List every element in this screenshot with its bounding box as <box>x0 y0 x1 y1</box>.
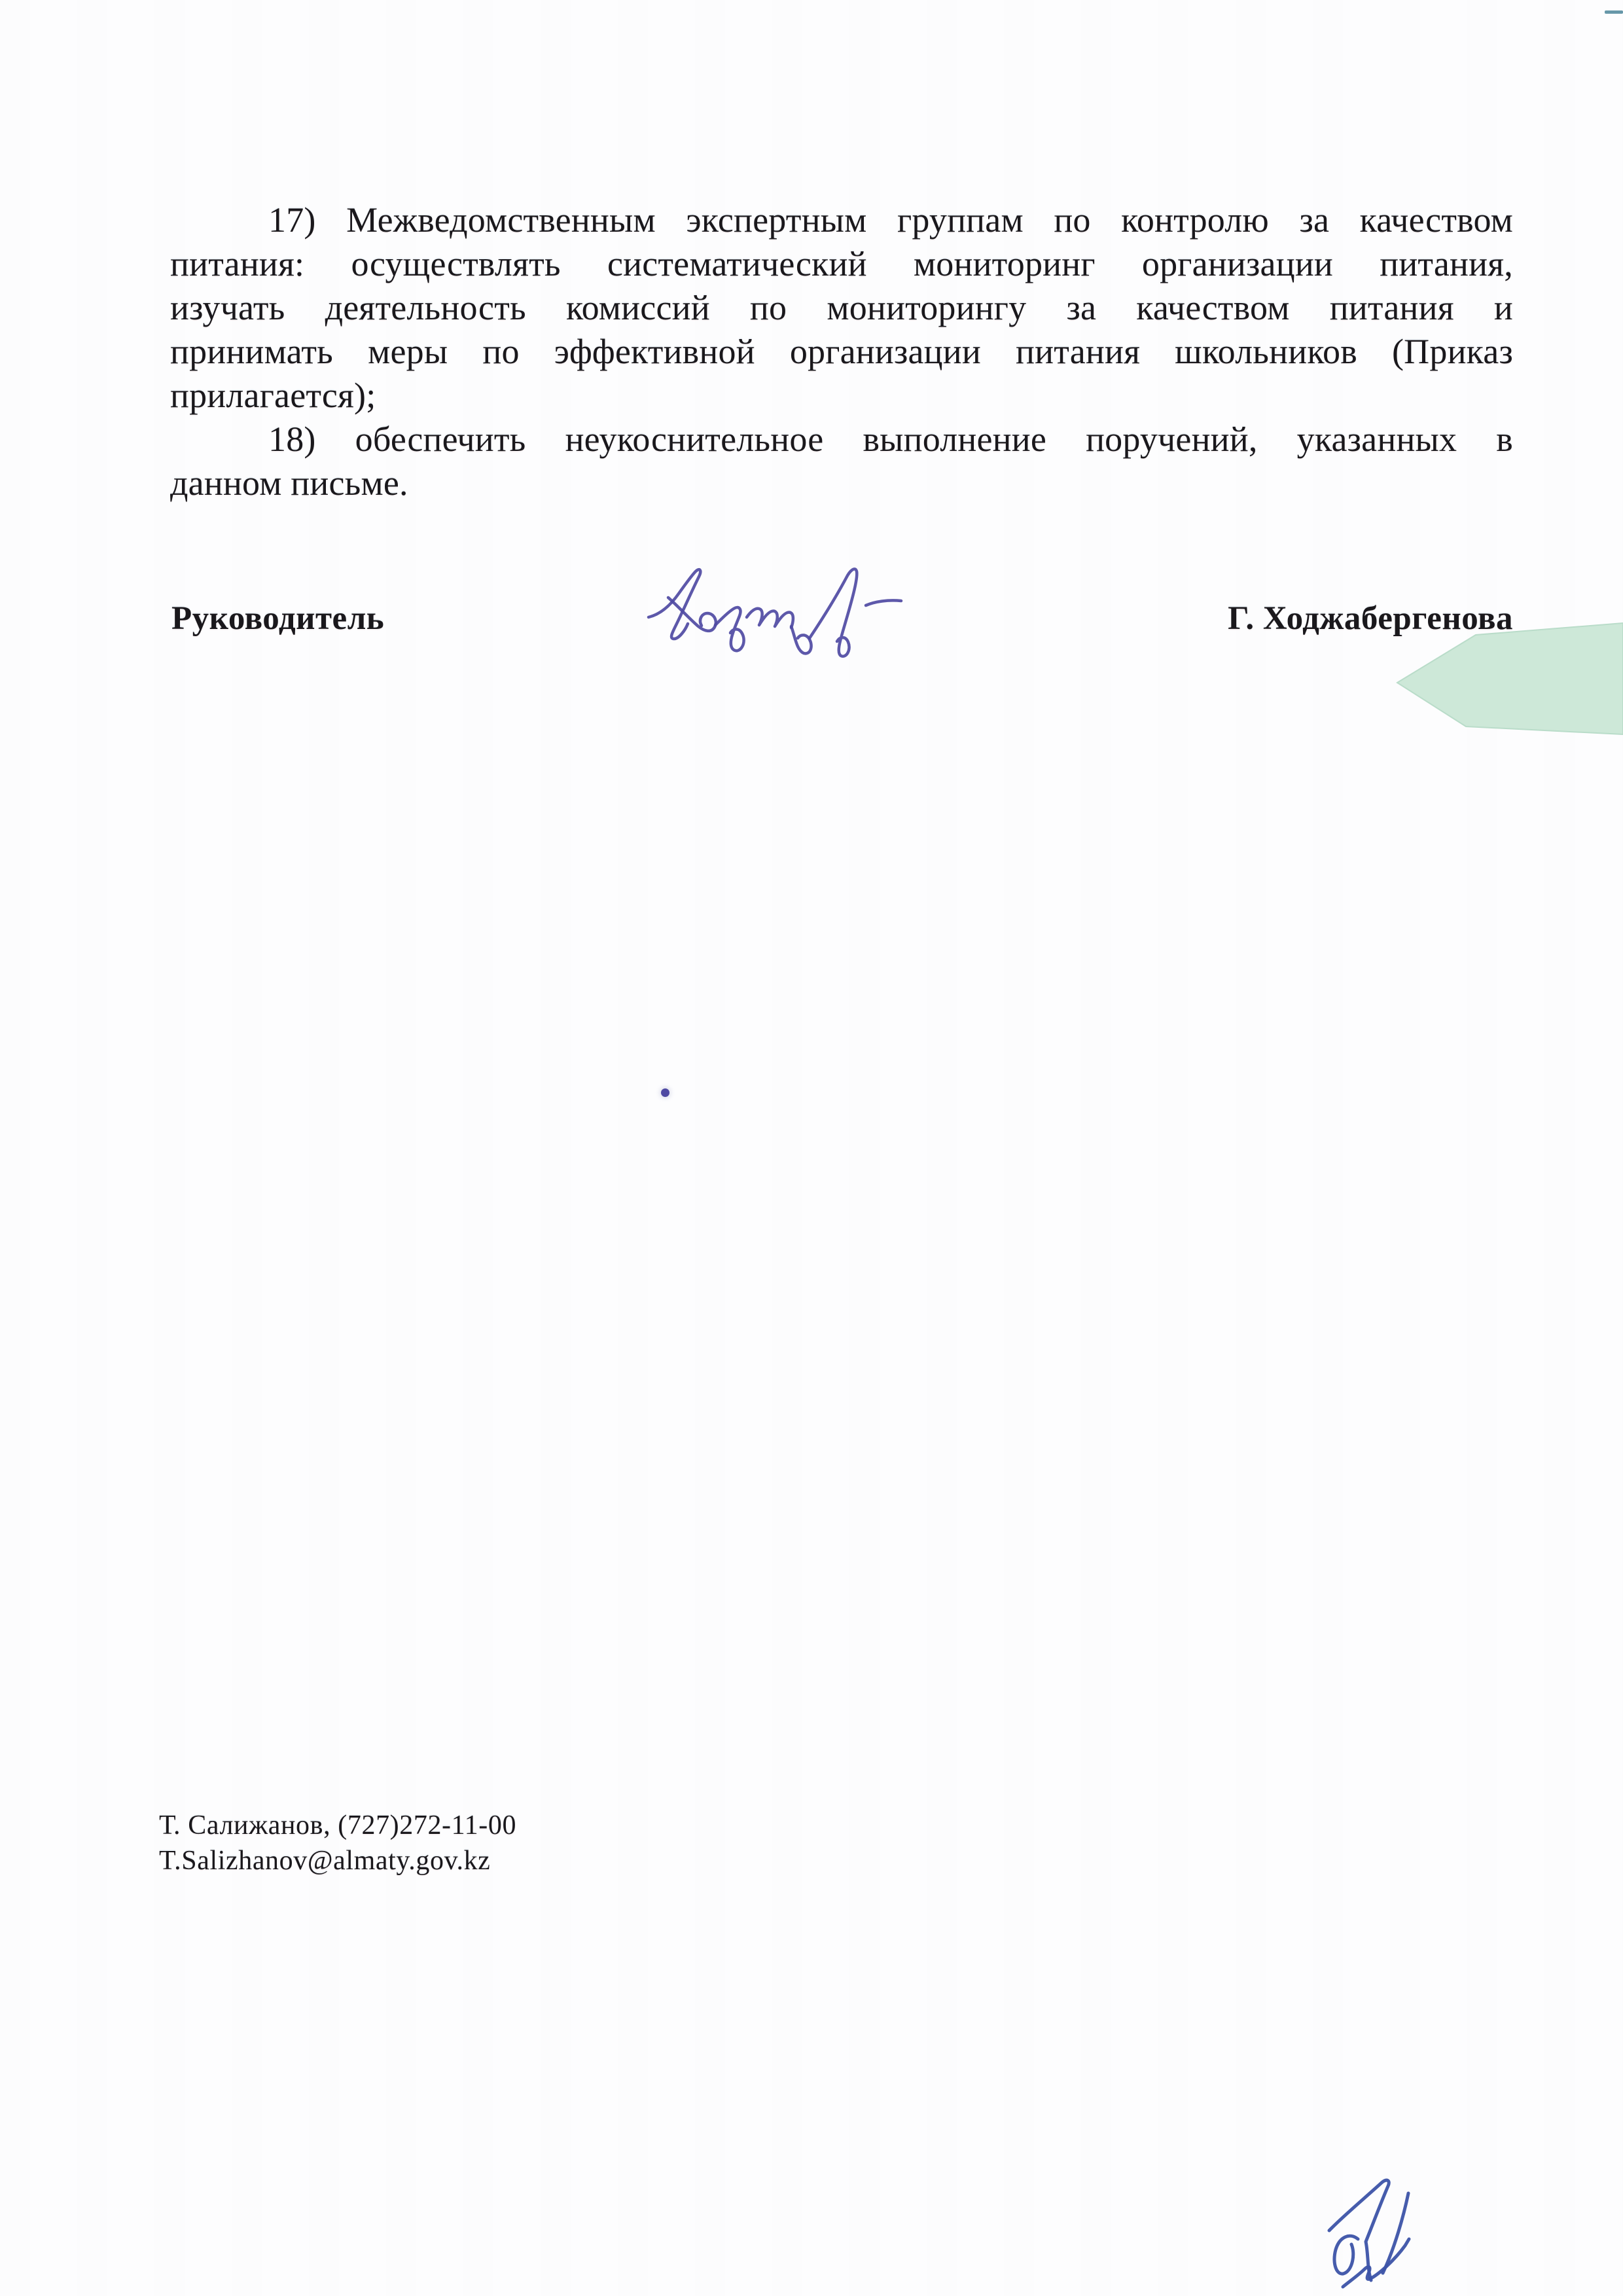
scan-edge-artifact <box>1605 10 1623 14</box>
body-line: питания: осуществлять систематический мо… <box>170 242 1513 286</box>
handwritten-signature <box>645 560 913 664</box>
executor-email-line: T.Salizhanov@almaty.gov.kz <box>159 1843 516 1878</box>
body-line: прилагается); <box>170 374 1513 418</box>
body-line: принимать меры по эффективной организаци… <box>170 330 1513 374</box>
green-sticker-flag <box>1393 618 1623 742</box>
paragraph-17: 17) Межведомственным экспертным группам … <box>170 198 1513 418</box>
body-line: данном письме. <box>170 461 1513 505</box>
paragraph-18: 18) обеспечить неукоснительное выполнени… <box>170 418 1513 505</box>
scanned-letter-page: 17) Межведомственным экспертным группам … <box>0 0 1623 2296</box>
body-line: 17) Межведомственным экспертным группам … <box>170 198 1513 242</box>
ink-dot-artifact <box>661 1088 669 1097</box>
letter-body: 17) Межведомственным экспертным группам … <box>170 198 1513 505</box>
role-label: Руководитель <box>171 600 384 637</box>
body-line: изучать деятельность комиссий по монитор… <box>170 286 1513 330</box>
body-line: 18) обеспечить неукоснительное выполнени… <box>170 418 1513 461</box>
handwritten-initials <box>1319 2176 1423 2296</box>
executor-phone-line: Т. Салижанов, (727)272-11-00 <box>159 1808 516 1843</box>
executor-contact-block: Т. Салижанов, (727)272-11-00 T.Salizhano… <box>159 1808 516 1878</box>
